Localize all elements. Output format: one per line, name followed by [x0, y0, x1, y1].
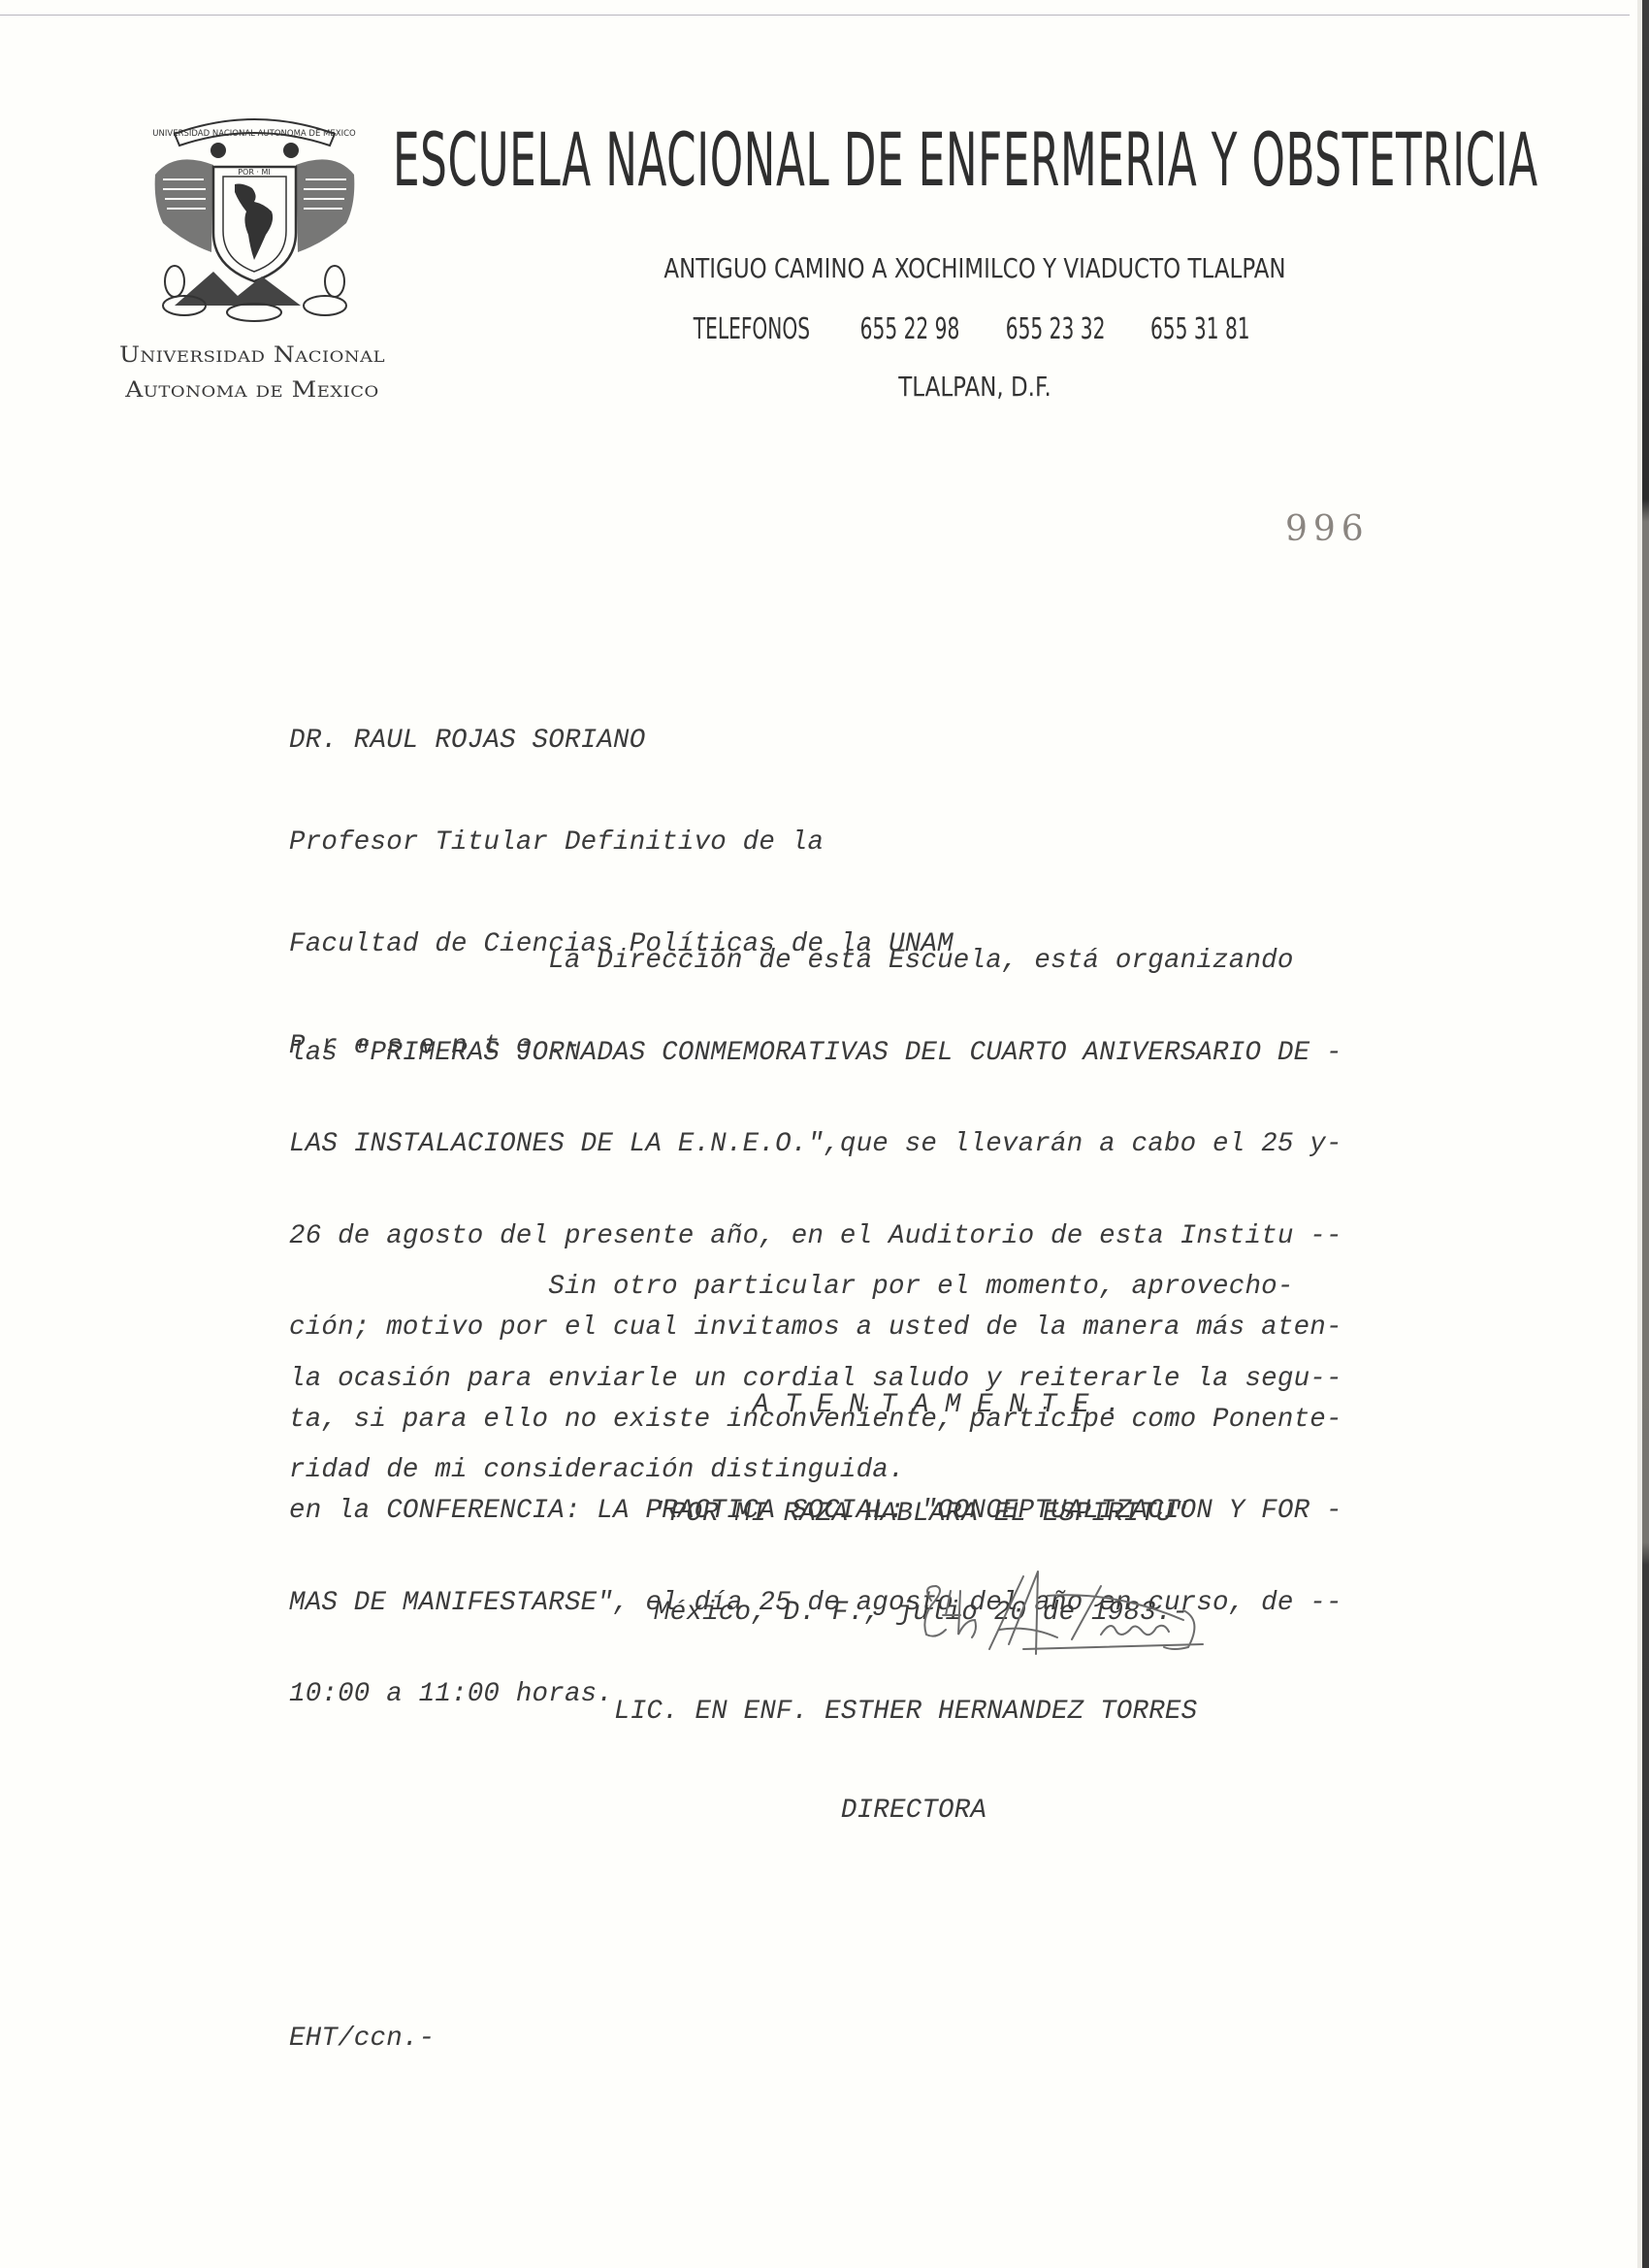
phones-label: TELEFONOS: [694, 312, 810, 346]
svg-text:UNIVERSIDAD NACIONAL AUTONOMA: UNIVERSIDAD NACIONAL AUTONOMA DE MEXICO: [152, 129, 356, 139]
phone-number: 655 31 81: [1150, 312, 1250, 346]
signer-block: LIC. EN ENF. ESTHER HERNANDEZ TORRES DIR…: [614, 1630, 1197, 1861]
document-number-stamp: 996: [1285, 509, 1370, 549]
university-name: Universidad Nacional Autonoma de Mexico: [97, 338, 407, 407]
school-address: ANTIGUO CAMINO A XOCHIMILCO Y VIADUCTO T…: [369, 252, 1581, 284]
unam-crest-icon: UNIVERSIDAD NACIONAL AUTONOMA DE MEXICO …: [145, 107, 364, 325]
signer-title: DIRECTORA: [614, 1795, 1197, 1828]
closing-salutation: A T E N T A M E N T E .: [753, 1388, 1121, 1423]
recipient-name: DR. RAUL ROJAS SORIANO: [289, 724, 954, 758]
school-phones: TELEFONOS 655 22 98 655 23 32 655 31 81: [369, 312, 1581, 346]
school-name: ESCUELA NACIONAL DE ENFERMERIA Y OBSTETR…: [393, 121, 1056, 199]
phone-number: 655 23 32: [1006, 312, 1106, 346]
recipient-title: Profesor Titular Definitivo de la: [289, 826, 954, 859]
university-name-line2: Autonoma de Mexico: [97, 374, 407, 405]
body-line: Sin otro particular por el momento, apro…: [289, 1272, 1342, 1303]
scan-edge-line: [0, 15, 1630, 16]
university-name-line1: Universidad Nacional: [97, 340, 407, 371]
school-city: TLALPAN, D.F.: [369, 371, 1581, 403]
phone-number: 655 22 98: [860, 312, 960, 346]
university-motto: "POR MI RAZA HABLARA EL ESPIRITU": [654, 1498, 1188, 1531]
body-line: las "PRIMERAS JORNADAS CONMEMORATIVAS DE…: [289, 1038, 1342, 1069]
city-text: TLALPAN, D.F.: [898, 371, 1051, 403]
reference-initials: EHT/ccn.-: [289, 2024, 435, 2054]
address-text: ANTIGUO CAMINO A XOCHIMILCO Y VIADUCTO T…: [663, 252, 1285, 284]
svg-text:POR · MI: POR · MI: [238, 168, 271, 177]
scan-dark-border: [1642, 0, 1649, 2268]
body-line: LAS INSTALACIONES DE LA E.N.E.O.",que se…: [289, 1129, 1342, 1160]
body-line: La Dirección de esta Escuela, está organ…: [289, 946, 1342, 977]
signer-name: LIC. EN ENF. ESTHER HERNANDEZ TORRES: [614, 1696, 1197, 1729]
